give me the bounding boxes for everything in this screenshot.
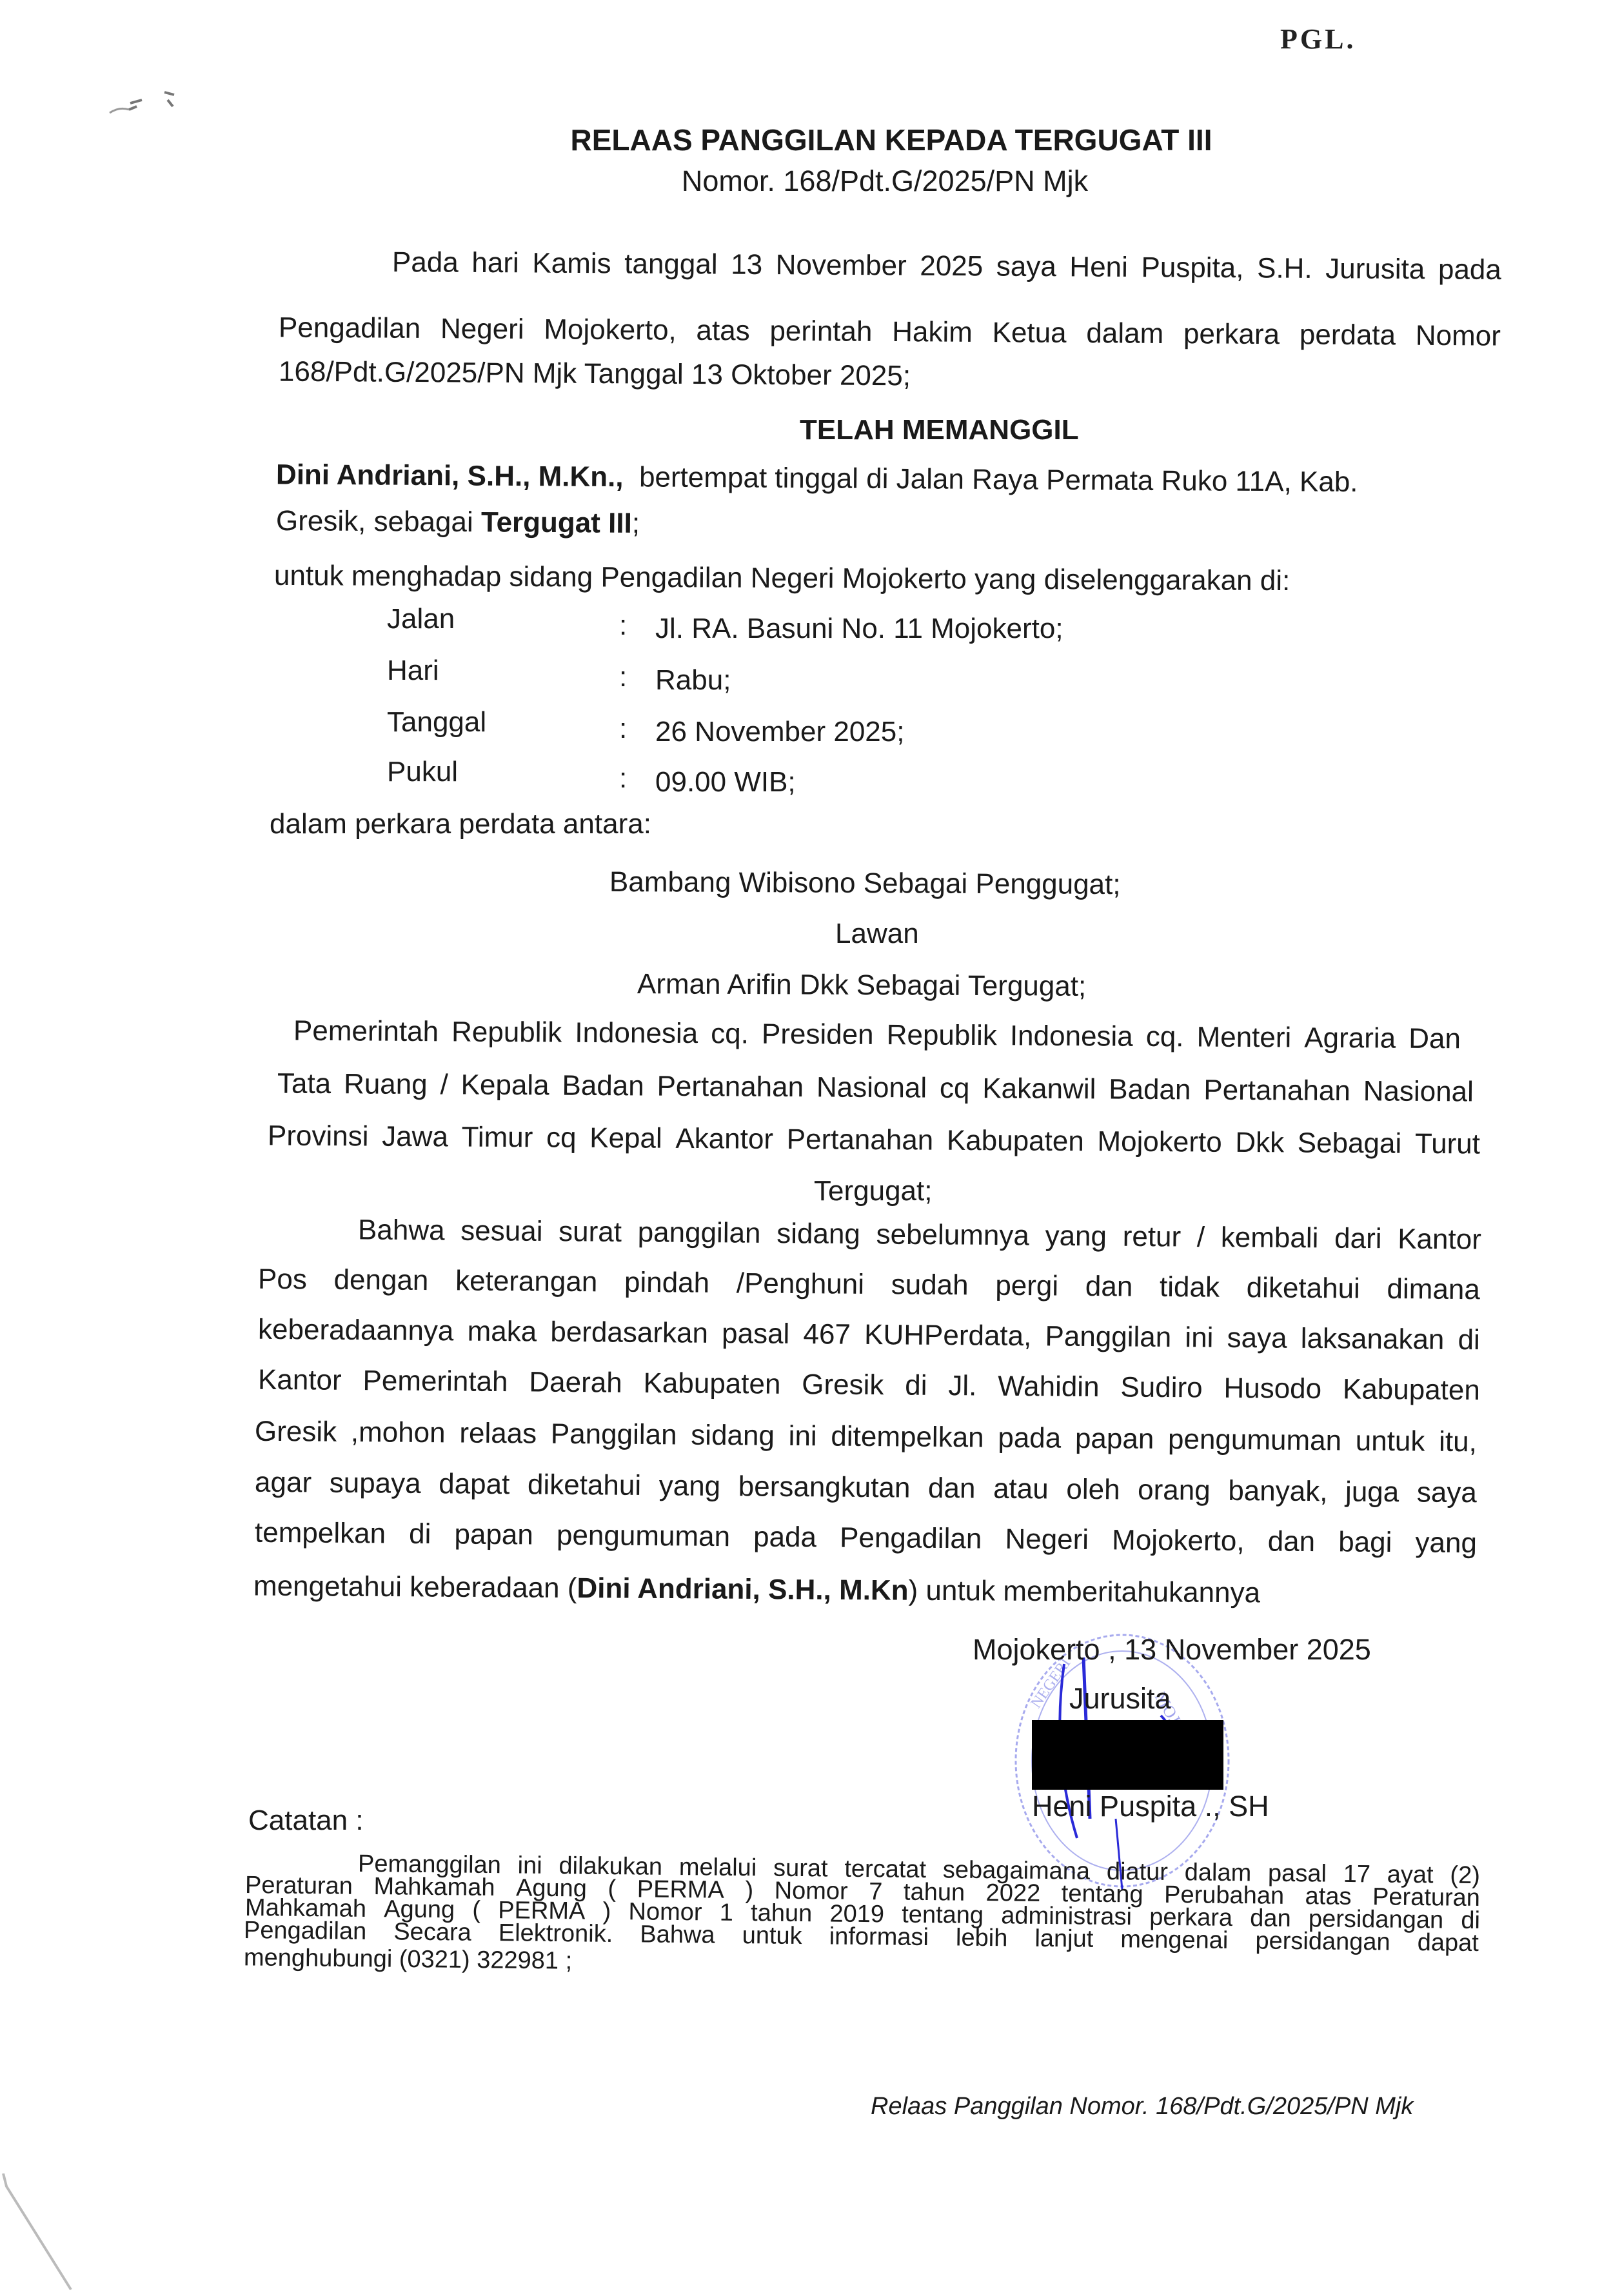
summoned-role: Tergugat III (481, 506, 632, 539)
co-defendant-line-1: PemerintahRepublikIndonesiacq.PresidenRe… (293, 1015, 1461, 1056)
hearing-colon: : (619, 713, 627, 745)
body-line-6: agarsupayadapatdiketahuiyangbersangkutan… (255, 1467, 1477, 1510)
hearing-colon: : (619, 762, 627, 795)
body-line-2: Posdenganketeranganpindah/Penghunisudahp… (258, 1263, 1480, 1307)
note-label: Catatan : (248, 1805, 364, 1837)
body-line-1: Bahwasesuaisuratpanggilansidangsebelumny… (358, 1214, 1481, 1256)
hearing-colon: : (619, 661, 627, 693)
opening-line-3: 168/Pdt.G/2025/PN Mjk Tanggal 13 Oktober… (279, 356, 911, 393)
summoned-address: bertempat tinggal di Jalan Raya Permata … (639, 461, 1358, 498)
paper-fold-mark (0, 2173, 77, 2296)
hearing-value-time: 09.00 WIB; (655, 766, 796, 798)
summoned-name: Dini Andriani, S.H., M.Kn., (276, 459, 624, 493)
body-last-suffix: ) untuk memberitahukannya (908, 1575, 1260, 1609)
hearing-label-street: Jalan (387, 603, 455, 635)
summoned-prefix: Gresik, sebagai (276, 505, 481, 538)
summon-instruction: untuk menghadap sidang Pengadilan Negeri… (274, 560, 1290, 597)
hearing-label-day: Hari (387, 655, 439, 687)
hearing-colon: : (619, 609, 627, 642)
footer-reference: Relaas Panggilan Nomor. 168/Pdt.G/2025/P… (871, 2093, 1413, 2121)
summoned-suffix: ; (632, 508, 640, 539)
corner-mark: PGL. (1280, 23, 1356, 55)
signature-place-date: Mojokerto , 13 November 2025 (973, 1633, 1371, 1667)
body-line-5: Gresik,mohonrelaasPanggilansidanginidite… (255, 1416, 1477, 1459)
versus: Lawan (835, 918, 919, 950)
summoned-line-1: Dini Andriani, S.H., M.Kn., bertempat ti… (276, 459, 1495, 499)
body-line-7: tempelkandipapanpengumumanpadaPengadilan… (255, 1517, 1477, 1560)
hearing-label-time: Pukul (387, 756, 458, 788)
document-title: RELAAS PANGGILAN KEPADA TERGUGAT III (0, 123, 1602, 157)
body-line-8: mengetahui keberadaan (Dini Andriani, S.… (253, 1570, 1260, 1610)
hearing-value-date: 26 November 2025; (655, 716, 904, 748)
signature-name: Heni Puspita ., SH (1032, 1790, 1269, 1823)
document-page: PGL. RELAAS PANGGILAN KEPADA TERGUGAT II… (0, 0, 1602, 2296)
summoned-heading: TELAH MEMANGGIL (800, 414, 1079, 446)
body-last-prefix: mengetahui keberadaan ( (253, 1570, 577, 1604)
summoned-line-2: Gresik, sebagai Tergugat III; (276, 505, 640, 540)
hearing-label-date: Tanggal (387, 706, 486, 738)
co-defendant-line-4: Tergugat; (814, 1175, 932, 1207)
opening-line-1: PadahariKamistanggal13November2025sayaHe… (392, 246, 1501, 286)
body-line-3: keberadaannyamakaberdasarkanpasal467KUHP… (258, 1314, 1480, 1357)
hearing-value-street: Jl. RA. Basuni No. 11 Mojokerto; (655, 613, 1063, 645)
co-defendant-line-2: TataRuang/KepalaBadanPertanahanNasionalc… (277, 1068, 1474, 1109)
note-line-5: menghubungi (0321) 322981 ; (244, 1944, 573, 1975)
body-line-4: KantorPemerintahDaerahKabupatenGresikdiJ… (258, 1364, 1480, 1407)
defendant: Arman Arifin Dkk Sebagai Tergugat; (637, 968, 1086, 1003)
redacted-signature (1032, 1720, 1223, 1790)
case-intro: dalam perkara perdata antara: (270, 808, 651, 840)
pen-scribble-icon (103, 81, 181, 126)
signature-role: Jurusita (1069, 1682, 1171, 1716)
co-defendant-line-3: ProvinsiJawaTimurcqKepalAkantorPertanaha… (268, 1120, 1480, 1160)
body-last-name: Dini Andriani, S.H., M.Kn (577, 1572, 908, 1607)
opening-line-2: PengadilanNegeriMojokerto,atasperintahHa… (279, 312, 1501, 352)
plaintiff: Bambang Wibisono Sebagai Penggugat; (609, 866, 1121, 901)
hearing-value-day: Rabu; (655, 664, 731, 697)
document-number: Nomor. 168/Pdt.G/2025/PN Mjk (0, 164, 1602, 198)
